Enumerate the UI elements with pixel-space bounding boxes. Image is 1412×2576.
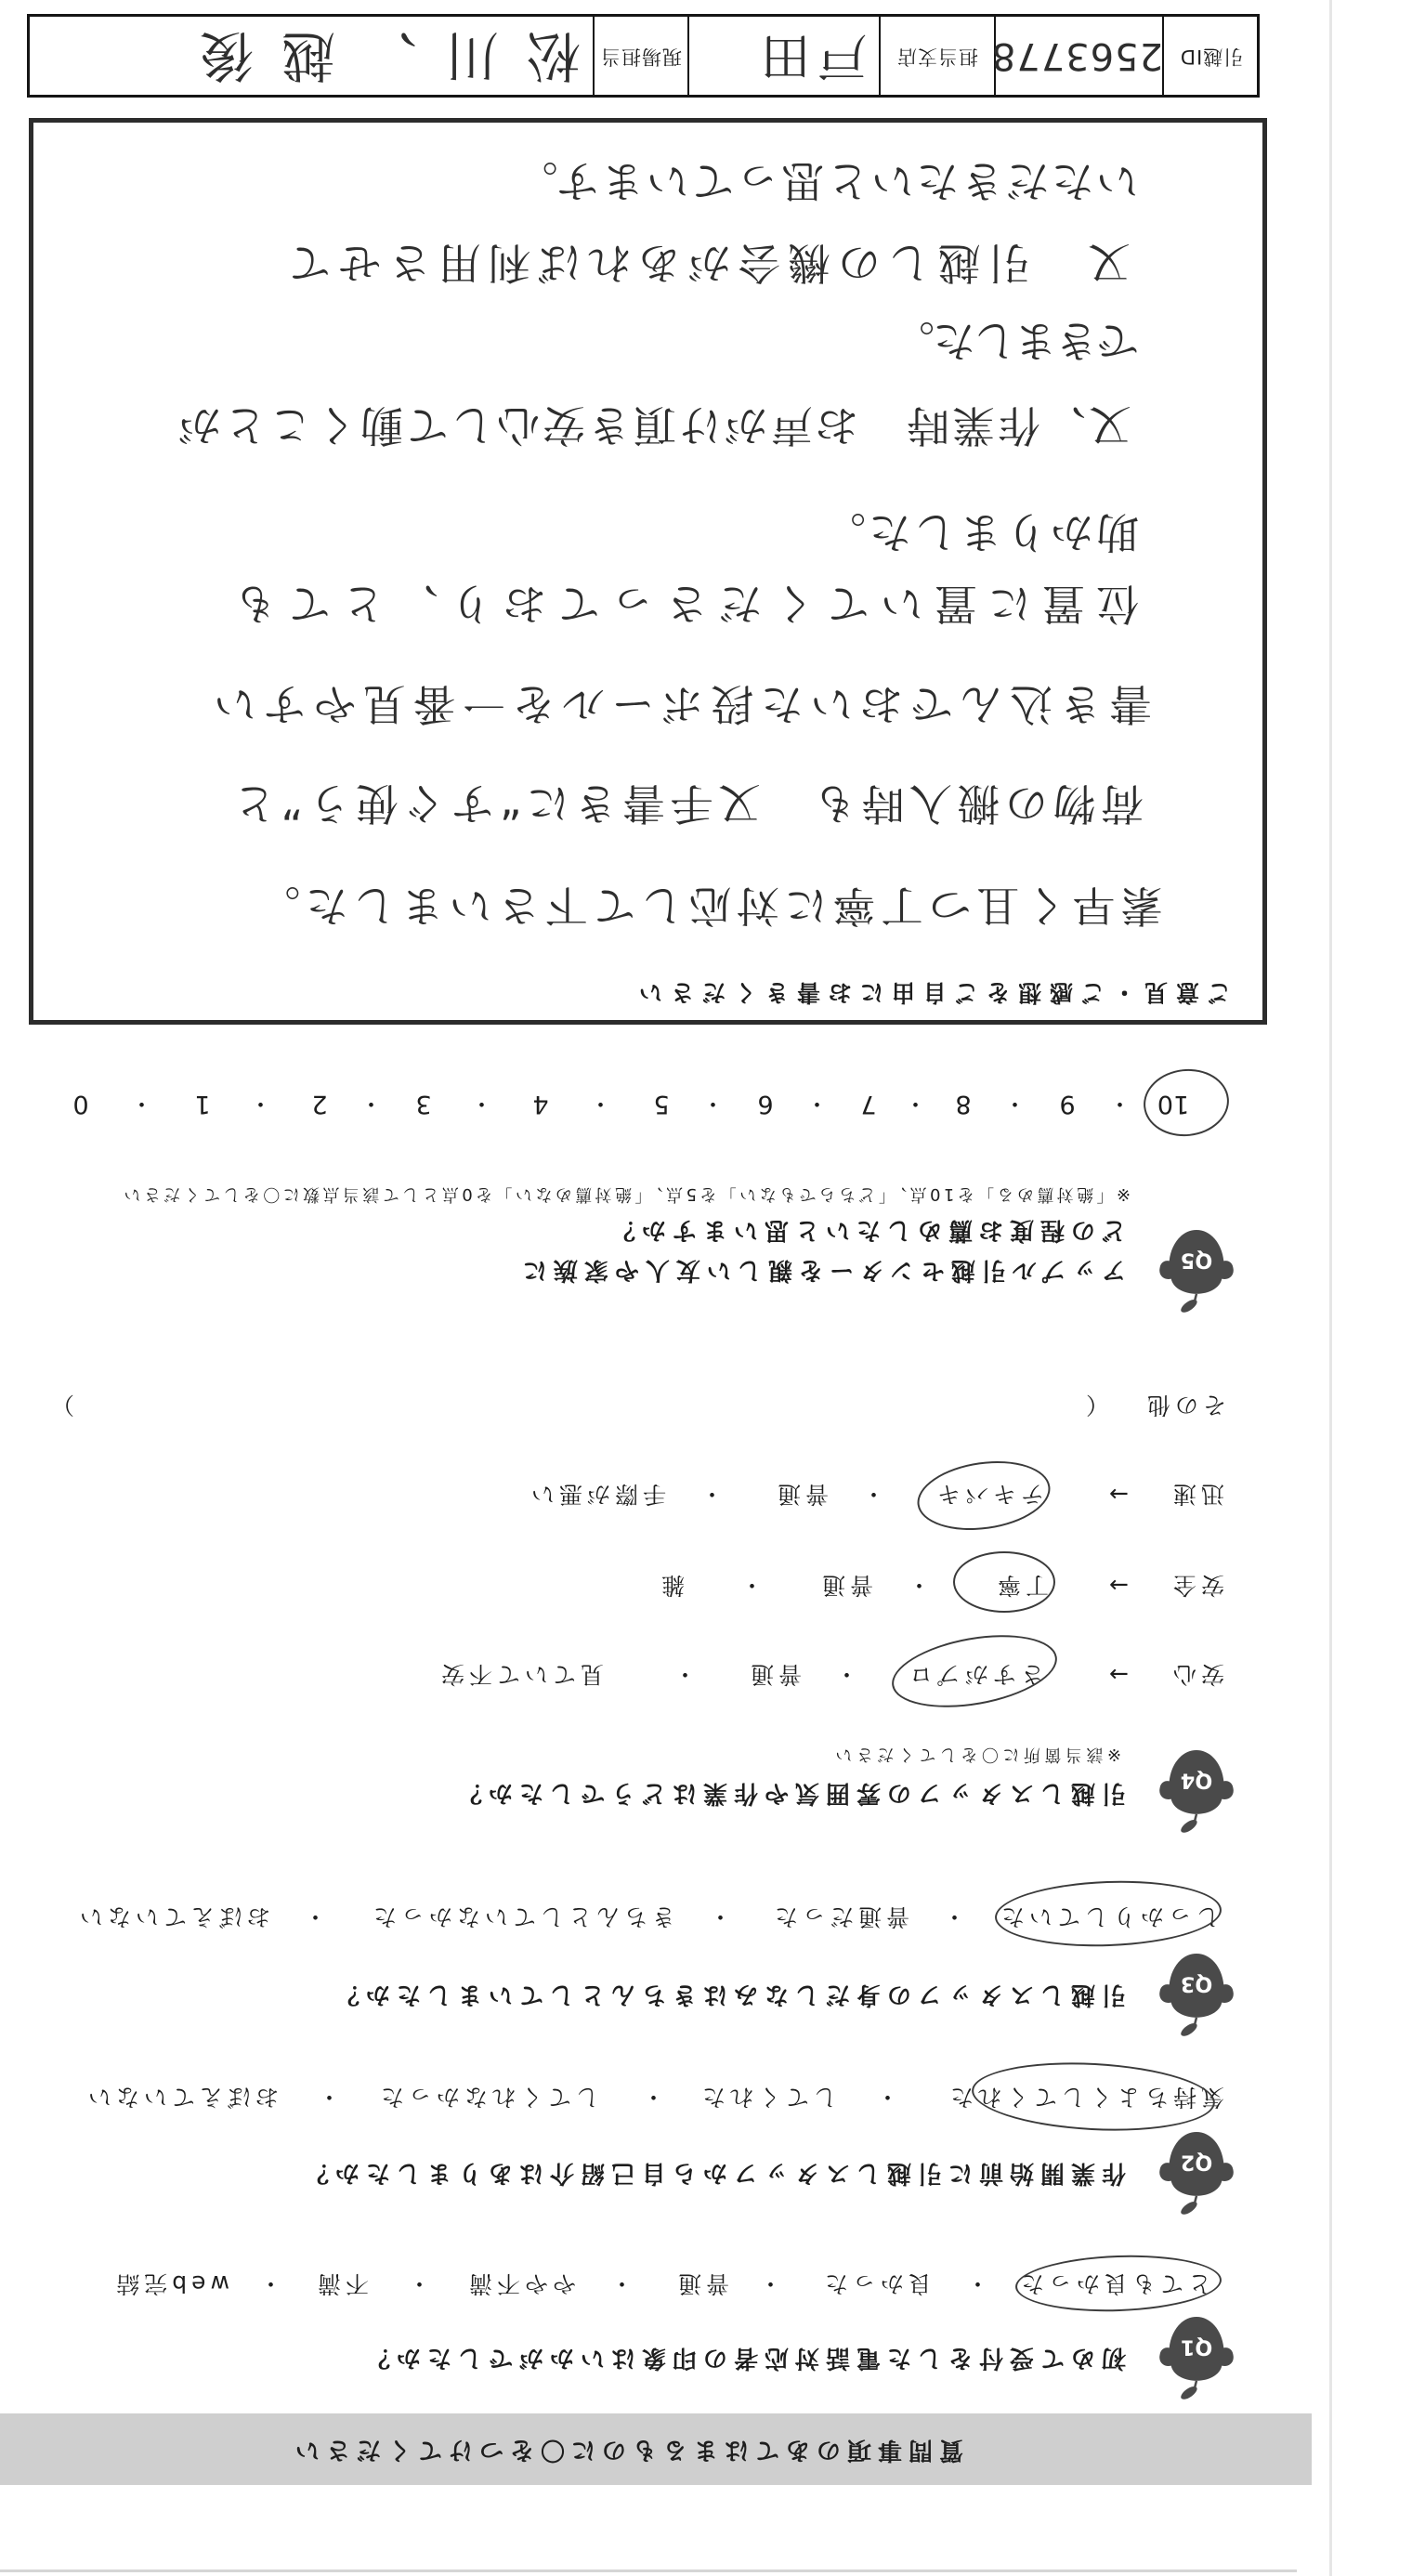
q3-option: おぼえていない <box>75 1905 270 1929</box>
q4-option: 普通 <box>817 1574 873 1597</box>
instruction-text: 質問事項のあてはまるものに〇をつけてください <box>289 2438 963 2462</box>
q4-badge-label: Q4 <box>1181 1768 1212 1792</box>
q5-badge-label: Q5 <box>1181 1248 1212 1272</box>
q2-question: 作業開始前に引越しスタッフから自己紹介はありましたか？ <box>298 2161 1126 2185</box>
arrow-right-icon: → <box>1105 1574 1129 1597</box>
q3-question: 引越しスタッフの身だしなみはきちんとしていましたか？ <box>329 1982 1126 2007</box>
scanned-survey-page: 質問事項のあてはまるものに〇をつけてください Q1 初めて受付をした電話対応者の… <box>0 0 1412 2576</box>
separator-dot: ・ <box>805 1092 829 1116</box>
q4-question: 引越しスタッフの雰囲気や作業はどうでしたか？ <box>451 1781 1126 1805</box>
separator-dot: ・ <box>408 2272 431 2295</box>
q4-other-open-paren: （ <box>1081 1393 1109 1417</box>
handwritten-line: 書き込んでおいた段ボールを一番見やすい <box>207 683 1152 726</box>
q4-apple-badge-icon: Q4 <box>1154 1747 1239 1837</box>
q4-row-label-anshin: 安心 <box>1169 1663 1224 1686</box>
score-2: 2 <box>296 1092 343 1117</box>
q4-row-label-jinsoku: 迅速 <box>1169 1483 1224 1506</box>
q2-option: してくれなかった <box>376 2086 599 2109</box>
separator-dot: ・ <box>642 2086 665 2109</box>
score-1: 1 <box>179 1092 226 1117</box>
separator-dot: ・ <box>701 1092 725 1116</box>
separator-dot: ・ <box>318 2086 341 2109</box>
separator-dot: ・ <box>304 1905 327 1929</box>
q1-selection-circle <box>1014 2252 1222 2315</box>
q2-badge-label: Q2 <box>1181 2150 1212 2174</box>
q1-badge-label: Q1 <box>1181 2334 1212 2359</box>
scan-edge-vertical <box>1329 0 1332 2576</box>
move-id-label: 引越ID <box>1163 46 1260 66</box>
handwritten-line: 又 引越しの機会があれば利用させて <box>281 242 1131 284</box>
branch-label: 担当支店 <box>880 46 995 66</box>
q4-option: 雑 <box>657 1574 685 1597</box>
q2-apple-badge-icon: Q2 <box>1154 2129 1239 2218</box>
q3-option: きちんとしていなかった <box>369 1905 675 1929</box>
score-3: 3 <box>400 1092 447 1117</box>
handwritten-line: 荷物の搬入時も 又手書きに“すぐ使う”と <box>228 782 1144 825</box>
q4-row1-selection-circle <box>886 1624 1063 1719</box>
q3-selection-circle <box>994 1877 1222 1950</box>
score-8: 8 <box>940 1092 987 1117</box>
score-7: 7 <box>845 1092 892 1117</box>
q1-option: web完結 <box>111 2272 229 2295</box>
separator-dot: ・ <box>589 1092 612 1116</box>
move-id-value: 2563778 <box>995 37 1163 74</box>
score-4: 4 <box>517 1092 564 1117</box>
q1-apple-badge-icon: Q1 <box>1154 2314 1239 2403</box>
q3-apple-badge-icon: Q3 <box>1154 1951 1239 2040</box>
separator-dot: ・ <box>904 1092 927 1116</box>
staff-label: 現場担当 <box>594 46 688 66</box>
q1-option: 良かった <box>820 2272 932 2295</box>
separator-dot: ・ <box>709 1905 732 1929</box>
separator-dot: ・ <box>130 1092 153 1116</box>
separator-dot: ・ <box>759 2272 782 2295</box>
handwritten-line: 素早く且つ丁寧に対応して下さいました。 <box>253 884 1163 927</box>
separator-dot: ・ <box>908 1574 931 1597</box>
q1-question: 初めて受付をした電話対応者の印象はいかがでしたか？ <box>360 2346 1126 2370</box>
separator-dot: ・ <box>835 1663 858 1686</box>
scan-edge-horizontal <box>0 2569 1297 2572</box>
q4-note: ※該当箇所に〇をしてください <box>831 1746 1121 1762</box>
q3-option: 普通だった <box>770 1905 909 1929</box>
separator-dot: ・ <box>740 1574 764 1597</box>
q5-question-line-2: どの程度お薦めしたいと思いますか？ <box>605 1218 1126 1242</box>
q4-row2-selection-circle <box>953 1551 1055 1613</box>
q4-option: 普通 <box>746 1663 802 1686</box>
separator-dot: ・ <box>470 1092 493 1116</box>
q4-row-label-anzen: 安全 <box>1169 1574 1224 1597</box>
separator-dot: ・ <box>360 1092 383 1116</box>
arrow-right-icon: → <box>1105 1663 1129 1686</box>
separator-dot: ・ <box>1108 1092 1131 1116</box>
comments-heading: ご意見・ご感想をご自由にお書きください <box>631 981 1231 1004</box>
separator-dot: ・ <box>610 2272 634 2295</box>
q2-selection-circle <box>970 2057 1216 2137</box>
q1-option: やや不満 <box>464 2272 576 2295</box>
handwritten-line: できました。 <box>894 320 1139 362</box>
separator-dot: ・ <box>1003 1092 1026 1116</box>
q5-apple-badge-icon: Q5 <box>1154 1227 1239 1316</box>
separator-dot: ・ <box>862 1483 885 1506</box>
separator-dot: ・ <box>249 1092 272 1116</box>
branch-value: 戸田 <box>755 31 867 81</box>
q2-option: してくれた <box>698 2086 837 2109</box>
handwritten-line: 助かりました。 <box>820 511 1139 554</box>
q4-option: 見ていて不安 <box>437 1663 604 1686</box>
q4-option: 手際が悪い <box>527 1483 666 1506</box>
separator-dot: ・ <box>876 2086 899 2109</box>
handwritten-line: いただきたいと思っています。 <box>513 160 1139 203</box>
q1-option: 普通 <box>673 2272 729 2295</box>
q5-note: ※「絶対薦める」を10点、「どちらでもない」を5点、「絶対薦めない」を0点として… <box>121 1185 1131 1202</box>
staff-value: 松川、越後 <box>172 29 581 83</box>
q4-other-label: その他 <box>1143 1393 1226 1417</box>
handwritten-line: 又、作業時 お声がけ頂き安心して動くことが <box>176 404 1131 447</box>
q4-other-close-paren: ） <box>46 1393 74 1417</box>
separator-dot: ・ <box>966 2272 989 2295</box>
score-0: 0 <box>58 1092 104 1117</box>
score-9: 9 <box>1044 1092 1091 1117</box>
separator-dot: ・ <box>673 1663 697 1686</box>
separator-dot: ・ <box>700 1483 724 1506</box>
q3-badge-label: Q3 <box>1181 1971 1212 1995</box>
arrow-right-icon: → <box>1105 1483 1129 1506</box>
separator-dot: ・ <box>259 2272 282 2295</box>
score-6: 6 <box>742 1092 789 1117</box>
q4-row3-selection-circle <box>913 1453 1055 1537</box>
score-5: 5 <box>638 1092 685 1117</box>
q5-selection-circle <box>1140 1065 1232 1140</box>
handwritten-line: 位置に置いてくださっており、とても <box>223 582 1139 625</box>
q1-option: 不満 <box>313 2272 369 2295</box>
separator-dot: ・ <box>943 1905 966 1929</box>
q5-question-line-1: アップル引越センターを親しい友人や家族に <box>516 1258 1126 1282</box>
q2-option: おぼえていない <box>84 2086 279 2109</box>
q4-option: 普通 <box>773 1483 829 1506</box>
